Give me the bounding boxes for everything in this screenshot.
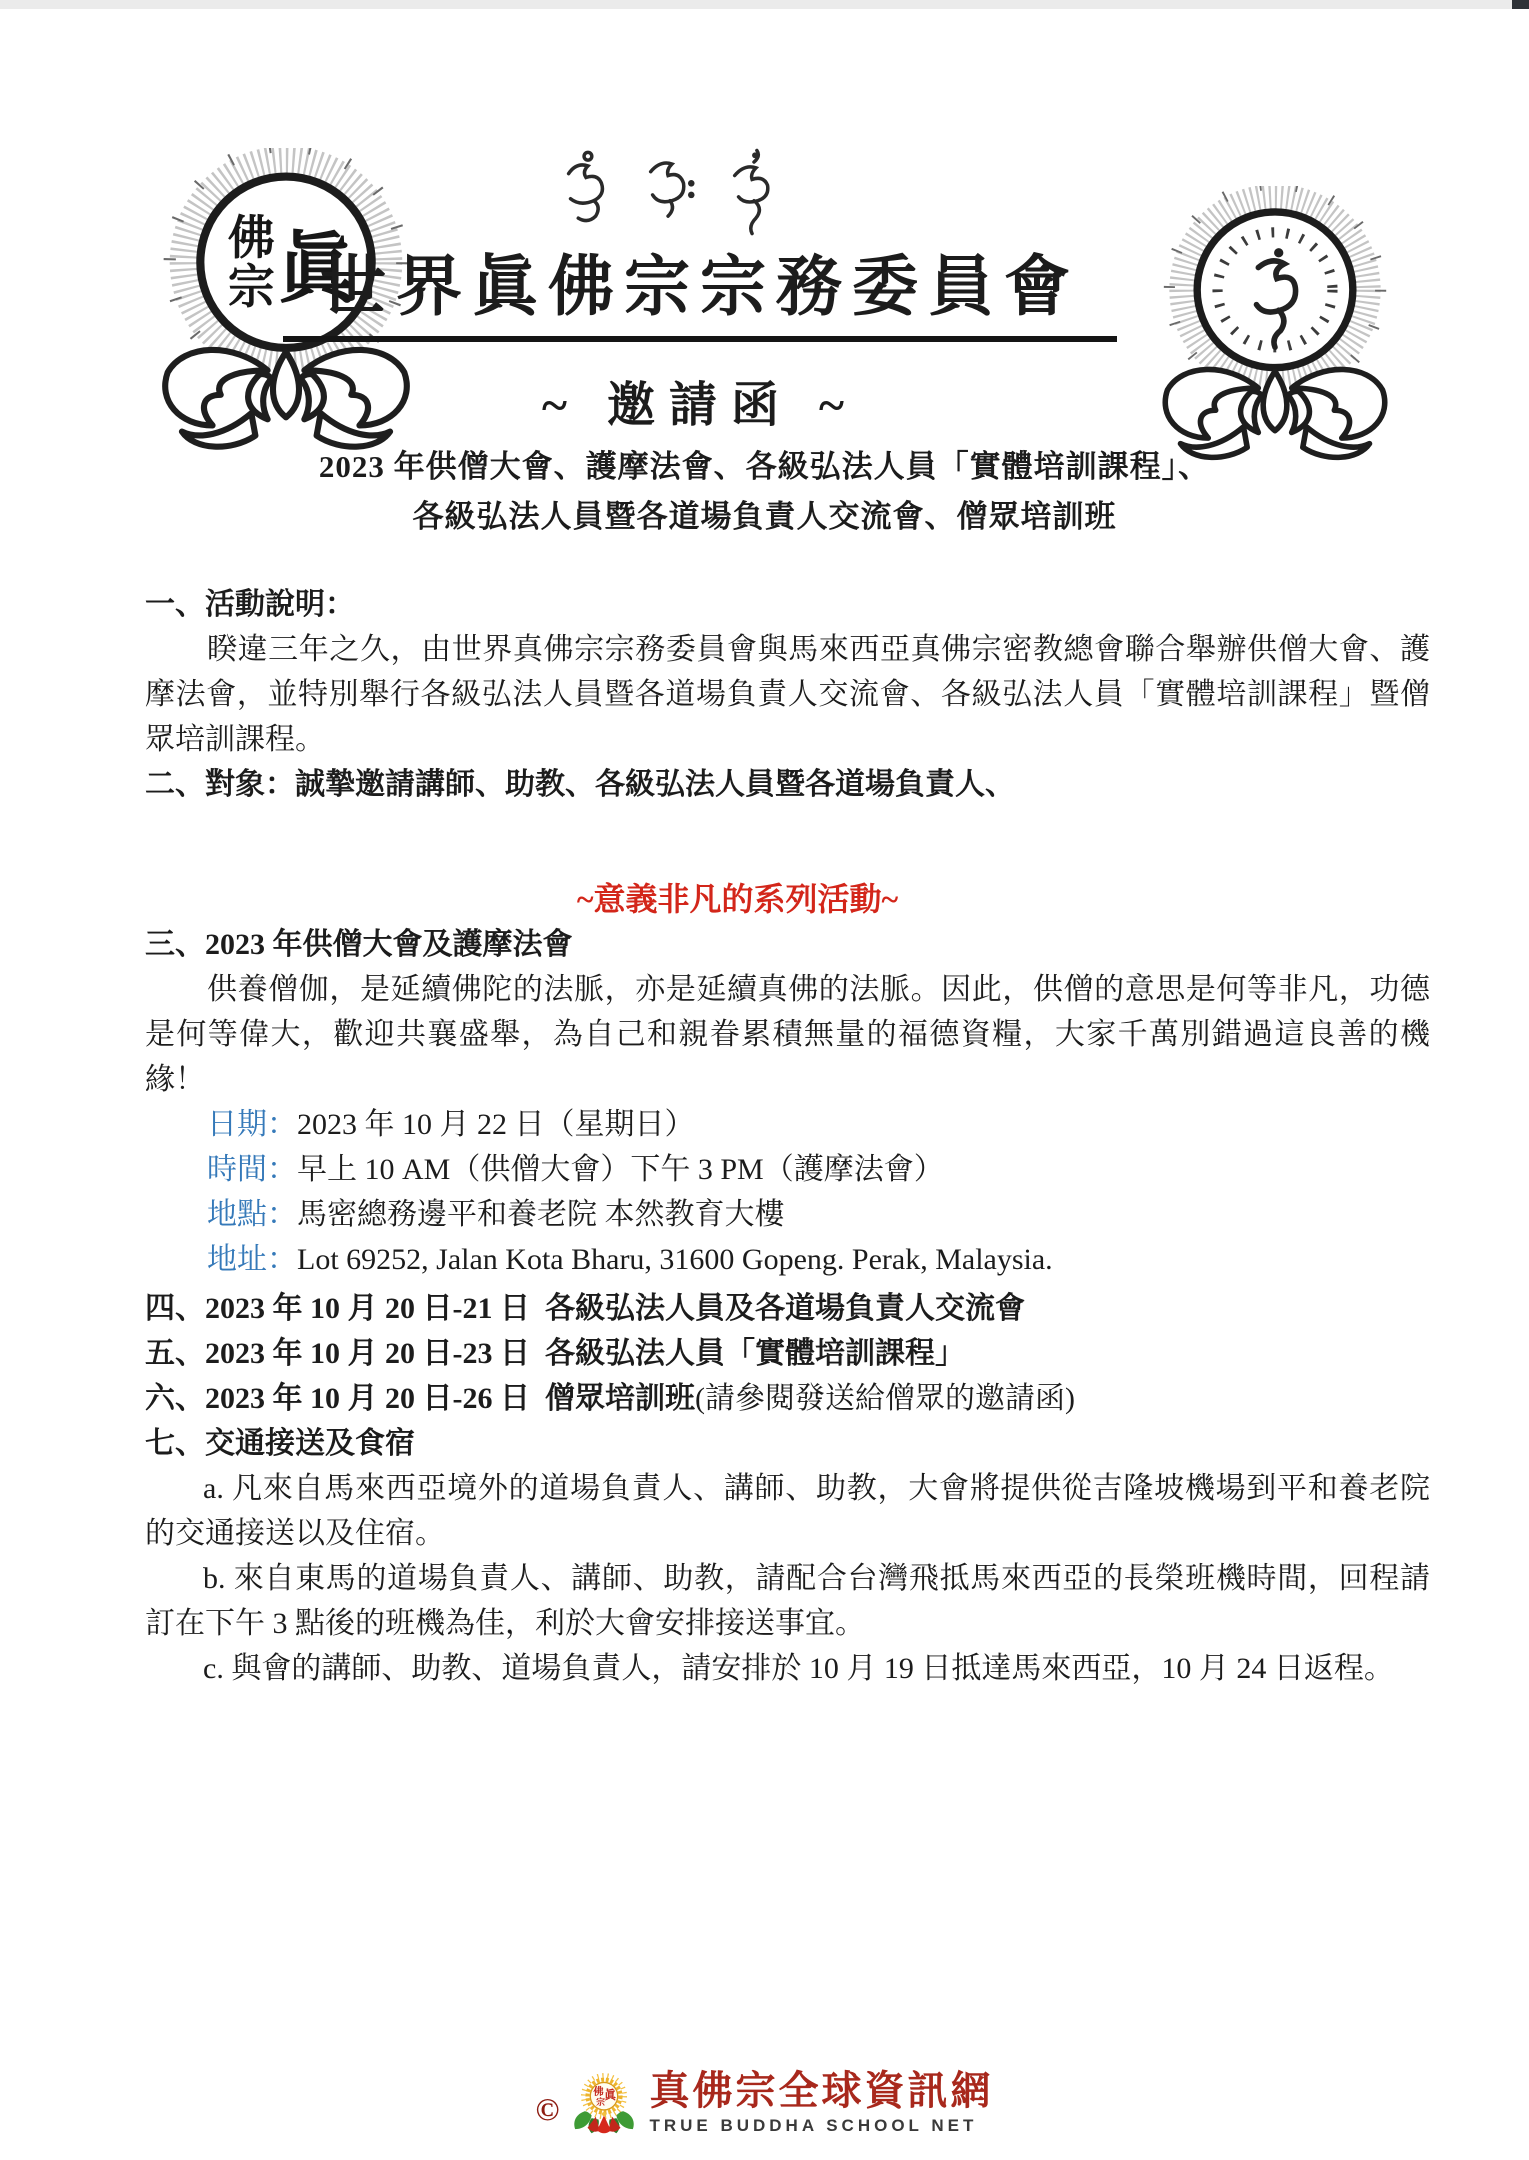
detail-venue: 地點：馬密總務邊平和養老院 本然教育大樓 [207, 1192, 1430, 1237]
section-2-heading: 二、對象：誠摯邀請講師、助教、各級弘法人員暨各道場負責人、 [145, 762, 1430, 807]
svg-text:佛: 佛 [593, 2085, 605, 2098]
section-5-heading: 五、2023 年 10 月 20 日-23 日 各級弘法人員「實體培訓課程」 [145, 1331, 1430, 1376]
letter-body: 一、活動說明： 睽違三年之久，由世界真佛宗宗務委員會與馬來西亞真佛宗密教總會聯合… [145, 582, 1430, 1691]
detail-date: 日期：2023 年 10 月 22 日（星期日） [207, 1102, 1430, 1147]
section-3-heading: 三、2023 年供僧大會及護摩法會 [145, 922, 1430, 967]
footer-text: 真佛宗全球資訊網 TRUE BUDDHA SCHOOL NET [649, 2069, 993, 2137]
organization-title: 世界眞佛宗宗務委員會 [283, 248, 1117, 342]
section-1-heading: 一、活動說明： [145, 582, 1430, 627]
site-name-english: TRUE BUDDHA SCHOOL NET [649, 2115, 977, 2137]
section-7-heading: 七、交通接送及食宿 [145, 1421, 1430, 1466]
section-6-heading-main: 六、2023 年 10 月 20 日-26 日 僧眾培訓班 [145, 1382, 695, 1415]
event-subtitle-line-2: 各級弘法人員暨各道場負責人交流會、僧眾培訓班 [0, 492, 1529, 542]
detail-time: 時間：早上 10 AM（供僧大會）下午 3 PM（護摩法會） [207, 1147, 1430, 1192]
true-buddha-school-seal-right-icon [1152, 186, 1398, 464]
scanned-invitation-page: 佛 宗 眞 [0, 0, 1529, 2160]
section-7-item-c: c. 與會的講師、助教、道場負責人，請安排於 10 月 19 日抵達馬來西亞，1… [145, 1646, 1430, 1691]
detail-address-label: 地址： [207, 1243, 297, 1276]
seal-char-fo: 佛 [228, 213, 275, 265]
detail-address: 地址：Lot 69252, Jalan Kota Bharu, 31600 Go… [207, 1237, 1430, 1282]
highlight-banner: ~意義非凡的系列活動~ [95, 877, 1380, 922]
detail-date-label: 日期： [207, 1108, 297, 1141]
detail-venue-label: 地點： [207, 1198, 297, 1231]
scan-corner-artifact [1512, 0, 1529, 9]
section-7-item-a: a. 凡來自馬來西亞境外的道場負責人、講師、助教，大會將提供從吉隆坡機場到平和養… [145, 1466, 1430, 1556]
detail-time-value: 早上 10 AM（供僧大會）下午 3 PM（護摩法會） [297, 1153, 944, 1186]
section-1-paragraph: 睽違三年之久，由世界真佛宗宗務委員會與馬來西亞真佛宗密教總會聯合舉辦供僧大會、護… [145, 627, 1430, 762]
copyright-symbol: © [536, 2093, 560, 2125]
tibetan-syllable-hum-icon [725, 148, 783, 236]
scan-edge-artifact [0, 0, 1529, 9]
section-4-heading: 四、2023 年 10 月 20 日-21 日 各級弘法人員及各道場負責人交流會 [145, 1286, 1430, 1331]
event-subtitle-line-1: 2023 年供僧大會、護摩法會、各級弘法人員「實體培訓課程」、 [0, 442, 1529, 492]
detail-date-value: 2023 年 10 月 22 日（星期日） [297, 1108, 695, 1141]
footer-branding: © 佛 眞 宗 真佛宗全球資訊網 TRUE BUDDHA SCHOOL NET [0, 2068, 1529, 2138]
tibetan-syllable-ah-icon [641, 148, 699, 236]
event-subtitle: 2023 年供僧大會、護摩法會、各級弘法人員「實體培訓課程」、 各級弘法人員暨各… [0, 442, 1529, 542]
section-6-heading: 六、2023 年 10 月 20 日-26 日 僧眾培訓班(請參閱發送給僧眾的邀… [145, 1376, 1430, 1421]
seal-char-zong: 宗 [228, 262, 275, 314]
site-name-chinese: 真佛宗全球資訊網 [649, 2069, 993, 2113]
svg-text:宗: 宗 [597, 2096, 606, 2107]
detail-address-value: Lot 69252, Jalan Kota Bharu, 31600 Gopen… [297, 1243, 1053, 1276]
tibetan-syllable-om-icon [557, 148, 615, 236]
svg-text:眞: 眞 [605, 2088, 618, 2102]
true-buddha-school-net-logo-icon: 佛 眞 宗 [571, 2068, 637, 2138]
detail-venue-value: 馬密總務邊平和養老院 本然教育大樓 [297, 1198, 785, 1231]
event-details-list: 日期：2023 年 10 月 22 日（星期日） 時間：早上 10 AM（供僧大… [145, 1102, 1430, 1282]
detail-time-label: 時間： [207, 1153, 297, 1186]
tibetan-seed-syllables-icon [535, 148, 805, 240]
section-7-item-b: b. 來自東馬的道場負責人、講師、助教，請配合台灣飛抵馬來西亞的長榮班機時間，回… [145, 1556, 1430, 1646]
letter-title: ~ 邀請函 ~ [283, 366, 1117, 435]
section-6-note: (請參閱發送給僧眾的邀請函) [695, 1382, 1075, 1415]
section-3-paragraph: 供養僧伽，是延續佛陀的法脈，亦是延續真佛的法脈。因此，供僧的意思是何等非凡，功德… [145, 967, 1430, 1102]
